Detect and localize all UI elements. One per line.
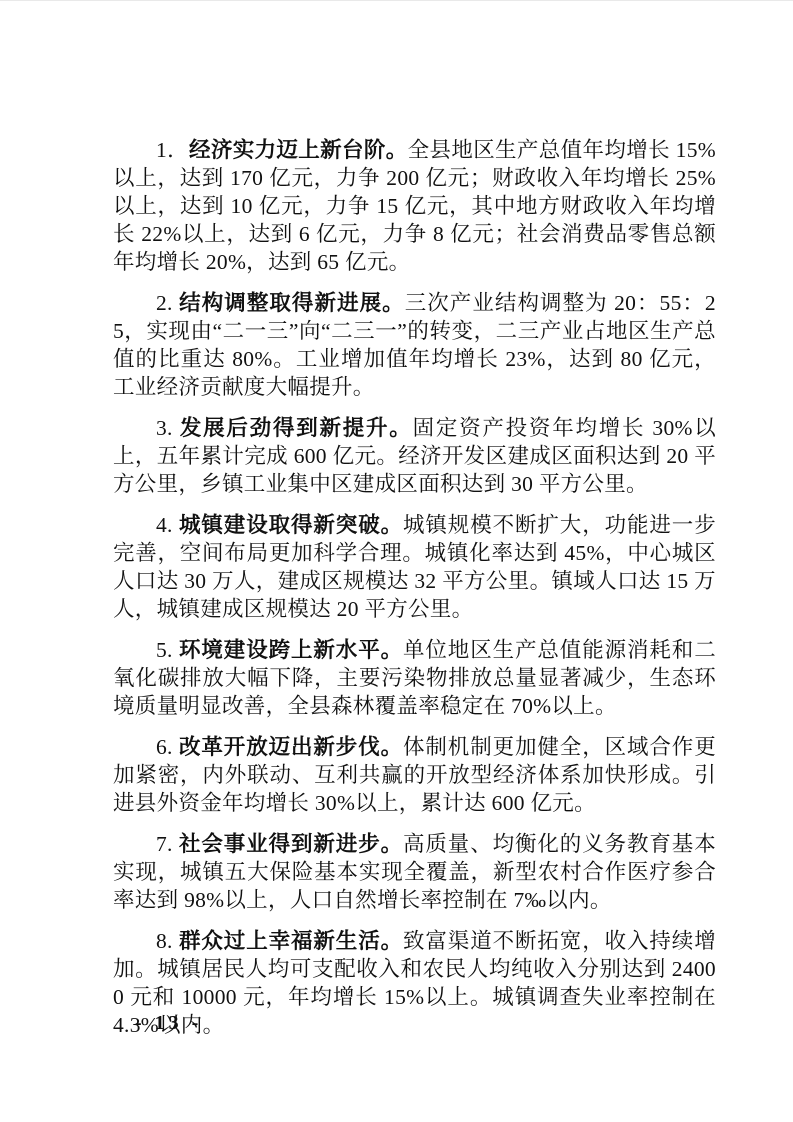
paragraph-1: 1．经济实力迈上新台阶。全县地区生产总值年均增长 15%以上，达到 170 亿元… <box>113 136 716 276</box>
paragraph-number: 8. <box>156 929 179 953</box>
paragraph-number: 2. <box>156 291 179 315</box>
scan-edge-line <box>0 0 793 1</box>
paragraph-number: 6. <box>156 735 179 759</box>
page-number: - 13 - <box>135 1012 202 1035</box>
paragraph-heading: 发展后劲得到新提升。 <box>180 416 413 440</box>
paragraph-4: 4. 城镇建设取得新突破。城镇规模不断扩大，功能进一步完善，空间布局更加科学合理… <box>113 511 716 623</box>
paragraph-2: 2. 结构调整取得新进展。三次产业结构调整为 20：55：25，实现由“二一三”… <box>113 289 716 401</box>
paragraph-number: 5. <box>156 638 179 662</box>
paragraph-7: 7. 社会事业得到新进步。高质量、均衡化的义务教育基本实现，城镇五大保险基本实现… <box>113 830 716 914</box>
paragraph-heading: 环境建设跨上新水平。 <box>179 638 403 662</box>
paragraph-8: 8. 群众过上幸福新生活。致富渠道不断拓宽，收入持续增加。城镇居民人均可支配收入… <box>113 927 716 1039</box>
paragraph-3: 3. 发展后劲得到新提升。固定资产投资年均增长 30%以上，五年累计完成 600… <box>113 414 716 498</box>
paragraph-heading: 群众过上幸福新生活。 <box>179 929 403 953</box>
paragraph-number: 3. <box>156 416 180 440</box>
paragraph-number: 1． <box>156 138 189 162</box>
document-page: 1．经济实力迈上新台阶。全县地区生产总值年均增长 15%以上，达到 170 亿元… <box>0 0 793 1122</box>
paragraph-number: 4. <box>156 513 179 537</box>
paragraph-heading: 经济实力迈上新台阶。 <box>189 138 408 162</box>
paragraph-6: 6. 改革开放迈出新步伐。体制机制更加健全，区域合作更加紧密，内外联动、互利共赢… <box>113 733 716 817</box>
paragraph-heading: 结构调整取得新进展。 <box>179 291 405 315</box>
paragraph-heading: 改革开放迈出新步伐。 <box>179 735 403 759</box>
paragraph-heading: 城镇建设取得新突破。 <box>179 513 403 537</box>
document-body: 1．经济实力迈上新台阶。全县地区生产总值年均增长 15%以上，达到 170 亿元… <box>113 136 716 1052</box>
paragraph-5: 5. 环境建设跨上新水平。单位地区生产总值能源消耗和二氧化碳排放大幅下降，主要污… <box>113 636 716 720</box>
paragraph-heading: 社会事业得到新进步。 <box>179 832 403 856</box>
paragraph-number: 7. <box>156 832 179 856</box>
